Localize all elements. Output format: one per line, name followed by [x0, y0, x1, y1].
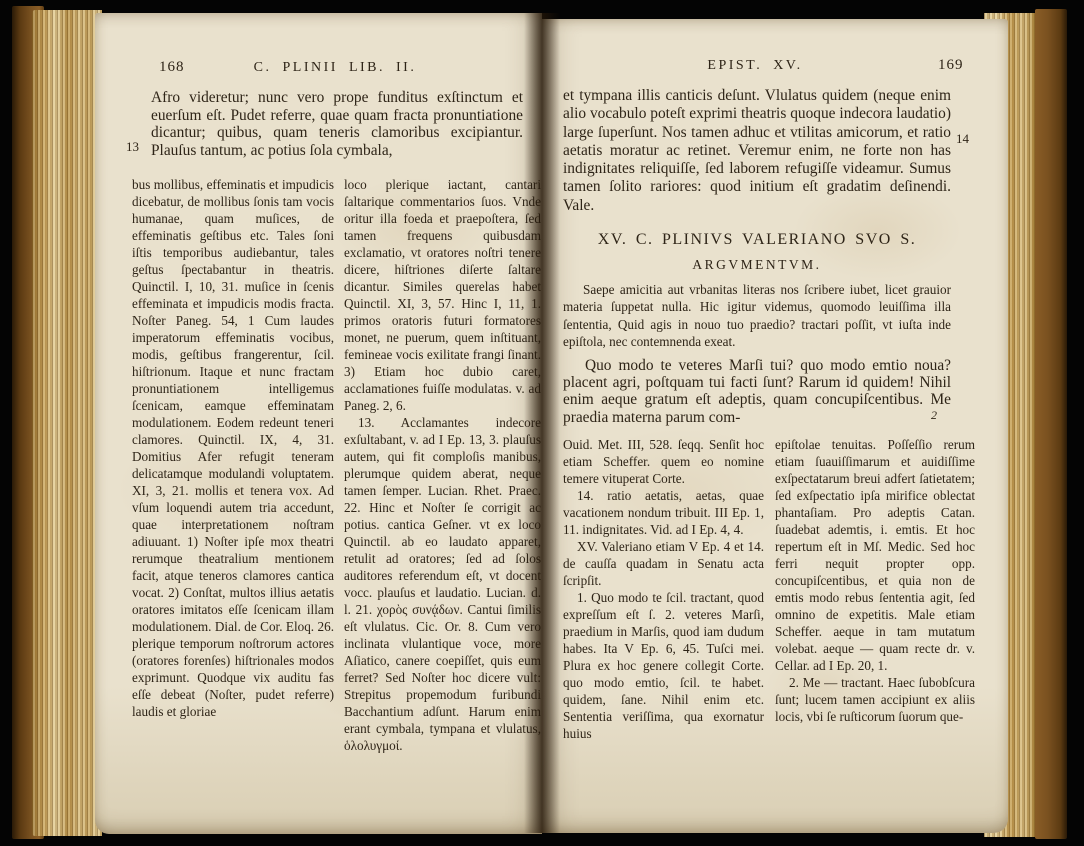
running-title-left: C. PLINII LIB. II. [205, 60, 465, 76]
argument-text: Saepe amicitia aut vrbanitas literas nos… [563, 281, 951, 350]
left-main-text: Afro videretur; nunc vero prope funditus… [151, 89, 523, 159]
page-number-left: 168 [159, 59, 185, 76]
letter-heading: XV. C. PLINIVS VALERIANO SVO S. [563, 231, 951, 249]
commentary-paragraph: 2. Me — tractant. Haec ſubobſcura ſunt; … [775, 674, 975, 725]
commentary-paragraph: XV. Valeriano etiam V Ep. 4 et 14. de ca… [563, 538, 764, 589]
letter-body-text: Quo modo te veteres Marſi tui? quo modo … [563, 357, 951, 426]
page-left: 168 C. PLINII LIB. II. Afro videretur; n… [95, 13, 542, 834]
commentary-paragraph: 13. Acclamantes indecore exſultabant, v.… [344, 414, 541, 754]
right-commentary-column-1: Ouid. Met. III, 528. ſeqq. Senſit hoc et… [563, 436, 764, 742]
left-commentary-column-1: bus mollibus, effeminatis et impudicis d… [132, 176, 334, 720]
commentary-paragraph: Ouid. Met. III, 528. ſeqq. Senſit hoc et… [563, 436, 764, 487]
page-right: EPIST. XV. 169 et tympana illis canticis… [542, 19, 1008, 833]
argument-heading: ARGVMENTVM. [563, 257, 951, 273]
right-margin-section-number-2: 2 [931, 408, 937, 423]
commentary-paragraph: bus mollibus, effeminatis et impudicis d… [132, 176, 334, 720]
commentary-paragraph: loco plerique iactant, cantari ſaltariqu… [344, 176, 541, 414]
commentary-paragraph: 1. Quo modo te ſcil. tractant, quod expr… [563, 589, 764, 742]
left-margin-section-number: 13 [126, 139, 139, 155]
commentary-paragraph: 14. ratio aetatis, aetas, quae vacatione… [563, 487, 764, 538]
right-margin-section-number-14: 14 [956, 131, 969, 147]
page-number-right: 169 [938, 57, 964, 74]
page-stack-edge-left [32, 10, 102, 836]
book-photograph: 168 C. PLINII LIB. II. Afro videretur; n… [0, 0, 1084, 846]
left-commentary-column-2: loco plerique iactant, cantari ſaltariqu… [344, 176, 541, 754]
right-commentary-column-2: epiſtolae tenuitas. Poſſeſſio rerum etia… [775, 436, 975, 725]
commentary-paragraph: epiſtolae tenuitas. Poſſeſſio rerum etia… [775, 436, 975, 674]
running-title-right: EPIST. XV. [605, 58, 905, 74]
book-cover-right [1035, 9, 1067, 839]
right-main-text: et tympana illis canticis deſunt. Vlulat… [563, 87, 951, 215]
